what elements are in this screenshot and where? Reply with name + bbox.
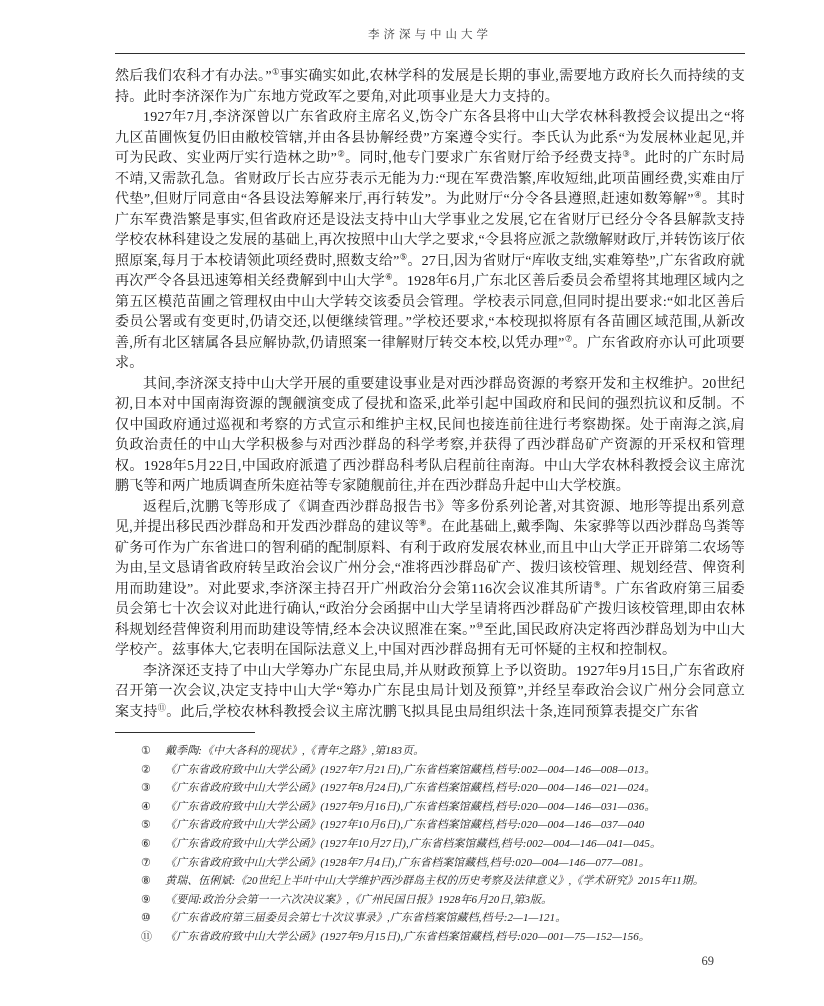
footnote-text: 《广东省政府致中山大学公函》(1928年7月4日),广东省档案馆藏档,档号:02… <box>165 854 745 873</box>
paragraph: 然后我们农科才有办法。”①事实确实如此,农林学科的发展是长期的事业,需要地方政府… <box>115 67 745 108</box>
footnote-text: 《广东省政府致中山大学公函》(1927年10月6日),广东省档案馆藏档,档号:0… <box>165 816 745 835</box>
footnote-text: 戴季陶:《中大各科的现状》,《青年之路》,第183页。 <box>165 742 745 761</box>
paragraph: 返程后,沈鹏飞等形成了《调查西沙群岛报告书》等多份系列论著,对其资源、地形等提出… <box>115 498 745 662</box>
footnote-item: ②《广东省政府致中山大学公函》(1927年7月21日),广东省档案馆藏档,档号:… <box>115 761 745 780</box>
footnote-text: 《广东省政府致中山大学公函》(1927年9月16日),广东省档案馆藏档,档号:0… <box>165 798 745 817</box>
footnote-item: ⑩《广东省政府第三届委员会第七十次议事录》,广东省档案馆藏档,档号:2—1—12… <box>115 909 745 928</box>
footnote-item: ④《广东省政府致中山大学公函》(1927年9月16日),广东省档案馆藏档,档号:… <box>115 798 745 817</box>
footnote-number: ⑩ <box>141 909 165 928</box>
footnote-number: ⑨ <box>141 891 165 910</box>
header-rule <box>115 53 745 54</box>
footnote-text: 《广东省政府致中山大学公函》(1927年9月15日),广东省档案馆藏档,档号:0… <box>165 928 745 947</box>
footnote-number: ⑪ <box>141 928 165 947</box>
page-number: 69 <box>702 954 715 969</box>
footnote-number: ⑦ <box>141 854 165 873</box>
running-head-title: 李济深与中山大学 <box>115 26 745 42</box>
footnotes-list: ①戴季陶:《中大各科的现状》,《青年之路》,第183页。 ②《广东省政府致中山大… <box>115 742 745 947</box>
footnote-text: 《要闻:政治分会第一一六次决议案》,《广州民国日报》1928年6月20日,第3版… <box>165 891 745 910</box>
book-page: 李济深与中山大学 然后我们农科才有办法。”①事实确实如此,农林学科的发展是长期的… <box>0 0 824 1006</box>
footnote-number: ② <box>141 761 165 780</box>
footnote-divider <box>115 732 255 733</box>
footnote-item: ⑨《要闻:政治分会第一一六次决议案》,《广州民国日报》1928年6月20日,第3… <box>115 891 745 910</box>
footnote-item: ⑥《广东省政府致中山大学公函》(1927年10月27日),广东省档案馆藏档,档号… <box>115 835 745 854</box>
footnote-item: ⑧黄瑞、伍俐斌:《20世纪上半叶中山大学维护西沙群岛主权的历史考察及法律意义》,… <box>115 872 745 891</box>
footnote-item: ⑪《广东省政府致中山大学公函》(1927年9月15日),广东省档案馆藏档,档号:… <box>115 928 745 947</box>
footnote-text: 《广东省政府第三届委员会第七十次议事录》,广东省档案馆藏档,档号:2—1—121… <box>165 909 745 928</box>
footnote-number: ⑤ <box>141 816 165 835</box>
footnote-number: ④ <box>141 798 165 817</box>
footnote-text: 黄瑞、伍俐斌:《20世纪上半叶中山大学维护西沙群岛主权的历史考察及法律意义》,《… <box>165 872 745 891</box>
paragraph: 李济深还支持了中山大学筹办广东昆虫局,并从财政预算上予以资助。1927年9月15… <box>115 662 745 724</box>
footnote-text: 《广东省政府致中山大学公函》(1927年10月27日),广东省档案馆藏档,档号:… <box>165 835 745 854</box>
paragraph: 1927年7月,李济深曾以广东省政府主席名义,饬令广东各县将中山大学农林科教授会… <box>115 108 745 375</box>
footnote-item: ⑦《广东省政府致中山大学公函》(1928年7月4日),广东省档案馆藏档,档号:0… <box>115 854 745 873</box>
footnote-item: ①戴季陶:《中大各科的现状》,《青年之路》,第183页。 <box>115 742 745 761</box>
footnote-number: ⑧ <box>141 872 165 891</box>
body-text: 然后我们农科才有办法。”①事实确实如此,农林学科的发展是长期的事业,需要地方政府… <box>115 67 745 723</box>
footnotes-section: ①戴季陶:《中大各科的现状》,《青年之路》,第183页。 ②《广东省政府致中山大… <box>115 732 745 947</box>
footnote-item: ⑤《广东省政府致中山大学公函》(1927年10月6日),广东省档案馆藏档,档号:… <box>115 816 745 835</box>
footnote-number: ① <box>141 742 165 761</box>
footnote-item: ③《广东省政府致中山大学公函》(1927年8月24日),广东省档案馆藏档,档号:… <box>115 779 745 798</box>
footnote-text: 《广东省政府致中山大学公函》(1927年7月21日),广东省档案馆藏档,档号:0… <box>165 761 745 780</box>
footnote-number: ⑥ <box>141 835 165 854</box>
paragraph: 其间,李济深支持中山大学开展的重要建设事业是对西沙群岛资源的考察开发和主权维护。… <box>115 375 745 498</box>
footnote-number: ③ <box>141 779 165 798</box>
footnote-text: 《广东省政府致中山大学公函》(1927年8月24日),广东省档案馆藏档,档号:0… <box>165 779 745 798</box>
page-header: 李济深与中山大学 <box>115 26 745 54</box>
